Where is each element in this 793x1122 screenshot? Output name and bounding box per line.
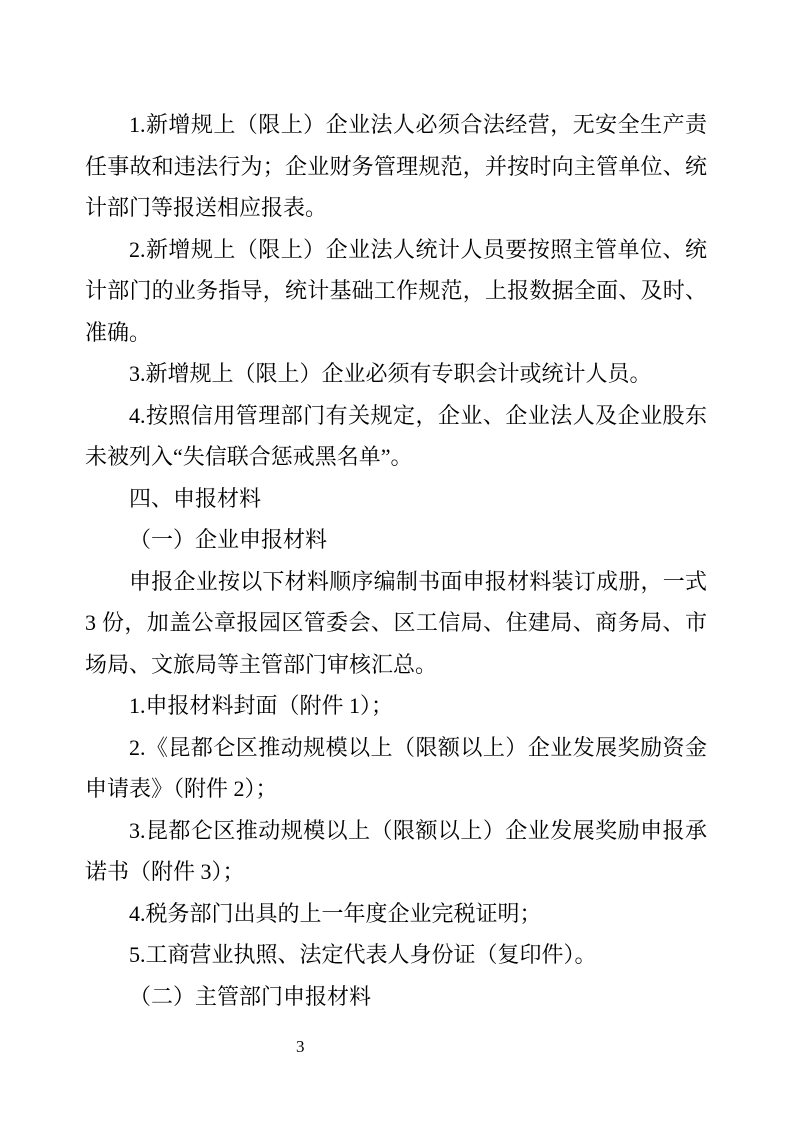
- clause-3: 3.新增规上（限上）企业必须有专职会计或统计人员。: [85, 353, 707, 395]
- clause-2: 2.新增规上（限上）企业法人统计人员要按照主管单位、统计部门的业务指导，统计基础…: [85, 229, 707, 354]
- material-item-4: 4.税务部门出具的上一年度企业完税证明；: [85, 893, 707, 935]
- material-item-2: 2.《昆都仑区推动规模以上（限额以上）企业发展奖励资金申请表》（附件 2）；: [85, 727, 707, 810]
- section-heading-application-materials: 四、申报材料: [85, 478, 707, 520]
- document-body: 1.新增规上（限上）企业法人必须合法经营，无安全生产责任事故和违法行为；企业财务…: [85, 104, 707, 1017]
- subsection-heading-department-materials: （二）主管部门申报材料: [85, 976, 707, 1018]
- subsection-heading-enterprise-materials: （一）企业申报材料: [85, 519, 707, 561]
- document-page: 1.新增规上（限上）企业法人必须合法经营，无安全生产责任事故和违法行为；企业财务…: [0, 0, 793, 1122]
- page-number: 3: [296, 1037, 305, 1057]
- clause-1: 1.新增规上（限上）企业法人必须合法经营，无安全生产责任事故和违法行为；企业财务…: [85, 104, 707, 229]
- clause-4: 4.按照信用管理部门有关规定，企业、企业法人及企业股东未被列入“失信联合惩戒黑名…: [85, 395, 707, 478]
- material-item-1: 1.申报材料封面（附件 1）；: [85, 685, 707, 727]
- material-item-5: 5.工商营业执照、法定代表人身份证（复印件）。: [85, 934, 707, 976]
- materials-intro: 申报企业按以下材料顺序编制书面申报材料装订成册，一式 3 份，加盖公章报园区管委…: [85, 561, 707, 686]
- material-item-3: 3.昆都仑区推动规模以上（限额以上）企业发展奖励申报承诺书（附件 3）；: [85, 810, 707, 893]
